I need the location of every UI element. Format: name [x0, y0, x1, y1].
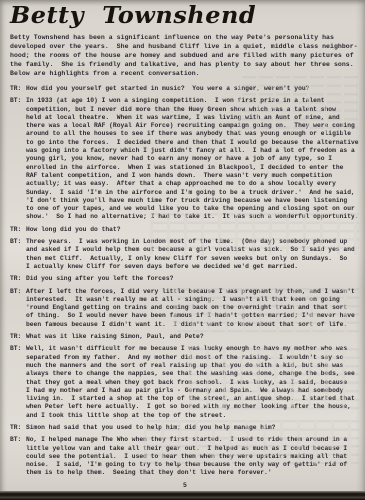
qa-text: In 1933 (at age 10) I won a singing comp…	[26, 97, 360, 221]
speaker-label: BT:	[10, 345, 26, 420]
speaker-label: BT:	[10, 288, 26, 329]
speaker-label: TR:	[10, 333, 26, 341]
page-title: Betty Townshend	[10, 3, 365, 29]
speaker-label: TR:	[10, 275, 26, 283]
speaker-label: BT:	[10, 436, 26, 477]
qa-text: How long did you do that?	[26, 226, 360, 234]
page-content: Betty Townshend Betty Townshend has been…	[10, 3, 360, 489]
scan-edge-bar	[0, 491, 365, 500]
qa-text: How did you yourself get started in musi…	[26, 85, 360, 93]
speaker-label: TR:	[10, 226, 26, 234]
speaker-label: TR:	[10, 85, 26, 93]
qa-text: Three years. I was working in London mos…	[26, 238, 360, 271]
speaker-label: BT:	[10, 238, 26, 271]
qa-text: Did you sing after you left the forces?	[26, 275, 360, 283]
qa-text: After I left the forces, I did very litt…	[26, 288, 360, 329]
scanned-page: Betty Townshend Betty Townshend has been…	[0, 0, 365, 500]
speaker-label: TR:	[10, 424, 26, 432]
qa-text: What was it like raising Simon, Paul, an…	[26, 333, 360, 341]
qa-section: TR: How did you yourself get started in …	[10, 85, 360, 478]
qa-text: Well, it wasn't difficult for me because…	[26, 345, 360, 420]
qa-entry-2: BT: In 1933 (at age 10) I won a singing …	[10, 97, 360, 221]
qa-entry-5: TR: Did you sing after you left the forc…	[10, 275, 360, 283]
speaker-label: BT:	[10, 97, 26, 221]
qa-entry-3: TR: How long did you do that?	[10, 226, 360, 234]
qa-entry-10: BT: No, I helped manage The Who when the…	[10, 436, 360, 477]
qa-entry-8: BT: Well, it wasn't difficult for me bec…	[10, 345, 360, 420]
qa-entry-6: BT: After I left the forces, I did very …	[10, 288, 360, 329]
intro-paragraph: Betty Townshend has been a significant i…	[10, 33, 360, 78]
qa-entry-4: BT: Three years. I was working in London…	[10, 238, 360, 271]
qa-entry-1: TR: How did you yourself get started in …	[10, 85, 360, 93]
qa-text: No, I helped manage The Who when they fi…	[26, 436, 360, 477]
qa-entry-9: TR: Simon had said that you used to help…	[10, 424, 360, 432]
qa-text: Simon had said that you used to help him…	[26, 424, 360, 432]
page-number: 5	[10, 482, 360, 489]
qa-entry-7: TR: What was it like raising Simon, Paul…	[10, 333, 360, 341]
